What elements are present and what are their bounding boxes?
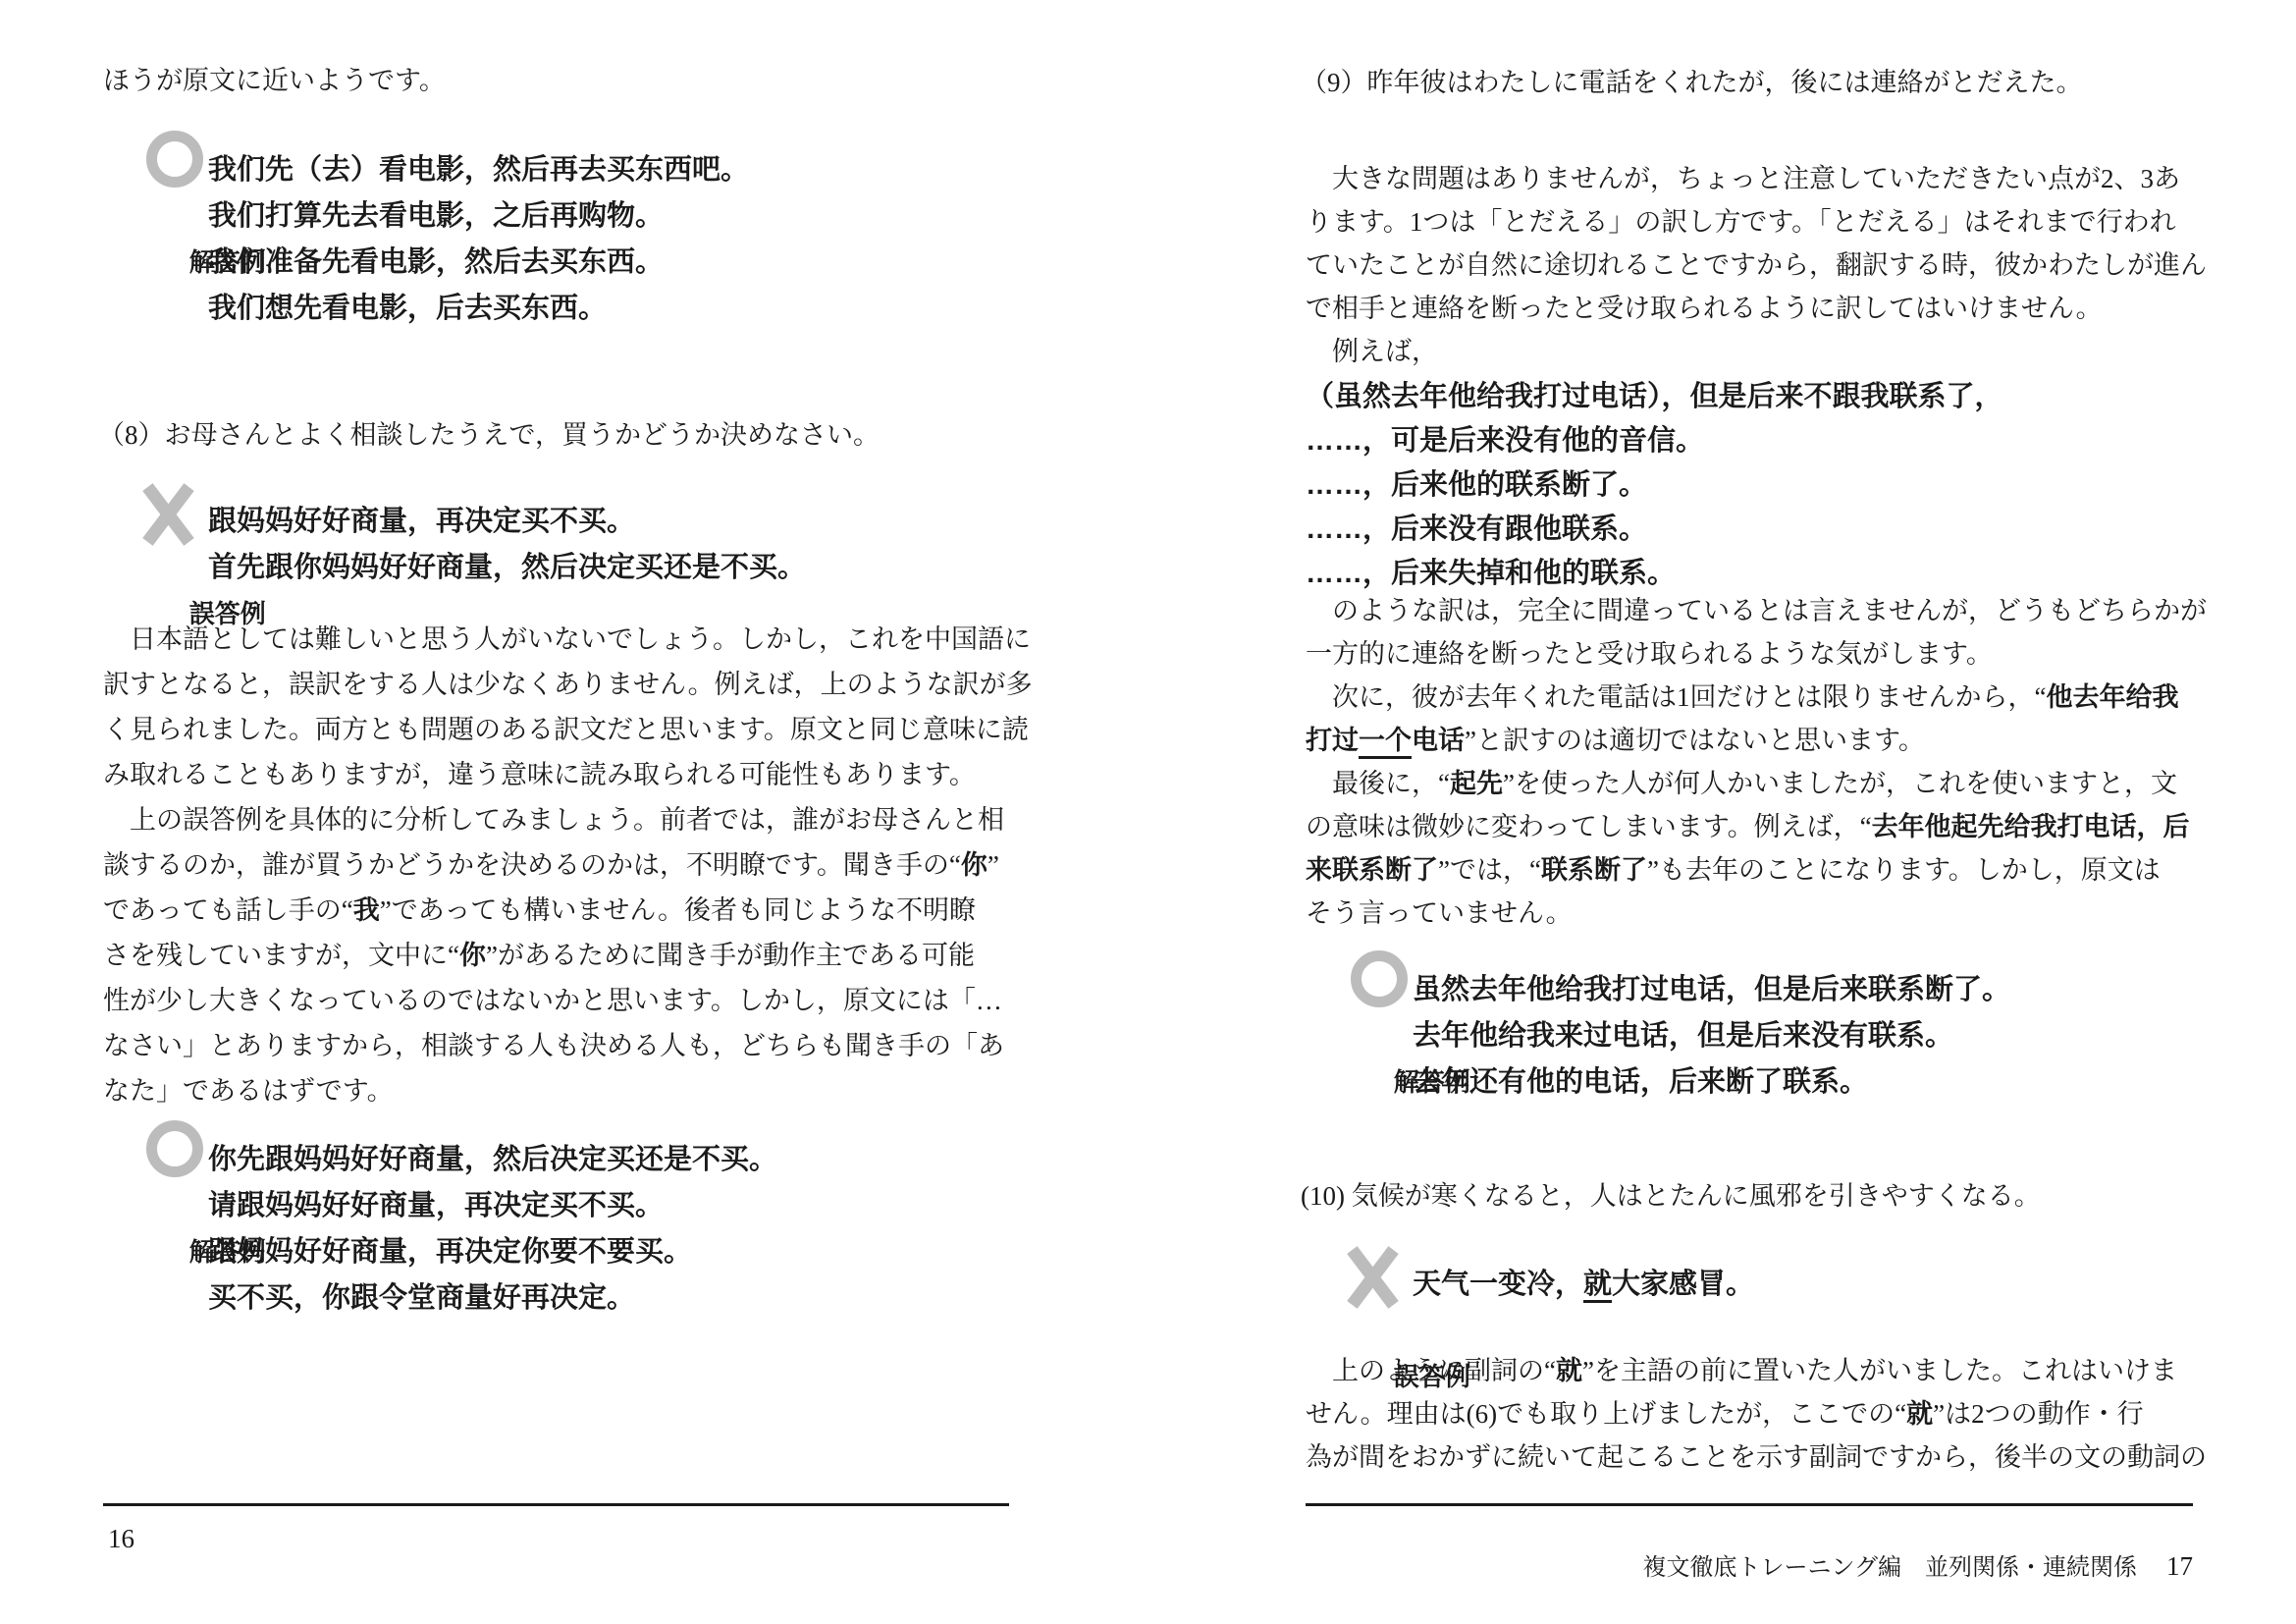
example-line: 我们先（去）看电影，然后再去买东西吧。 [208, 147, 749, 193]
right-page-number: 17 [2166, 1551, 2193, 1581]
body-line: なた」であるはずです。 [103, 1068, 1033, 1113]
body-line: ていたことが自然に途切れることですから，翻訳する時，彼かわたしが進ん [1306, 244, 2207, 287]
left-footer-rule [103, 1503, 1009, 1506]
body-line: 次に，彼が去年くれた電話は1回だけとは限りませんから，“他去年给我 [1306, 676, 2207, 719]
body-line: なさい」とありますから，相談する人も決める人も，どちらも聞き手の「あ [103, 1023, 1033, 1068]
right-paragraph-9a: 大きな問題はありませんが，ちょっと注意していただきたい点が2、3あ ります。1つ… [1306, 157, 2207, 373]
answer-example-label: 解答例 [133, 1137, 208, 1322]
cross-mark-icon [140, 483, 195, 546]
problem-8-line: （8）お母さんとよく相談したうえで，買うかどうか決めなさい。 [98, 415, 880, 455]
body-line: 上の誤答例を具体的に分析してみましょう。前者では，誰がお母さんと相 [103, 797, 1033, 842]
body-line: ります。1つは「とだえる」の訳し方です。「とだえる」はそれまで行われ [1306, 200, 2207, 244]
body-line: 談するのか，誰が買うかどうかを決めるのかは，不明瞭です。聞き手の“你” [103, 842, 1033, 888]
example-line: 我们准备先看电影，然后去买东西。 [208, 240, 749, 286]
example-line: 我们打算先去看电影，之后再购物。 [208, 193, 749, 240]
body-line: 大きな問題はありませんが，ちょっと注意していただきたい点が2、3あ [1306, 157, 2207, 200]
left-analysis-paragraph: 日本語としては難しいと思う人がいないでしょう。しかし，これを中国語に 訳すとなる… [103, 617, 1033, 1113]
translation-option-line: （虽然去年他给我打过电话），但是后来不跟我联系了， [1306, 375, 2003, 419]
example-line: 请跟妈妈好好商量，再决定买不买。 [208, 1183, 777, 1229]
book-spread: ほうが原文に近いようです。 解答例 我们先（去）看电影，然后再去买东西吧。 我们… [0, 0, 2296, 1624]
translation-option-line: ……，后来没有跟他联系。 [1306, 508, 2003, 552]
body-line: く見られました。両方とも問題のある訳文だと思います。原文と同じ意味に読 [103, 707, 1033, 752]
body-line: 打过一个电话”と訳すのは適切ではないと思います。 [1306, 719, 2207, 762]
body-line: み取れることもありますが，違う意味に読み取られる可能性もあります。 [103, 752, 1033, 797]
body-line: のような訳は，完全に間違っているとは言えませんが，どうもどちらかが [1306, 589, 2207, 632]
body-line: 訳すとなると，誤訳をする人は少なくありません。例えば，上のような訳が多 [103, 662, 1033, 707]
footer-title: 複文徹底トレーニング編 並列関係・連続関係 [1642, 1555, 2137, 1581]
problem-9-line: （9）昨年彼はわたしに電話をくれたが，後には連絡がとだえた。 [1301, 63, 2083, 102]
example-line: 我们想先看电影，后去买东西。 [208, 286, 749, 332]
body-line: 最後に，“起先”を使った人が何人かいましたが，これを使いますと，文 [1306, 762, 2207, 805]
example-line: 买不买，你跟令堂商量好再决定。 [208, 1275, 777, 1322]
right-footer: 複文徹底トレーニング編 並列関係・連続関係17 [1306, 1522, 2193, 1612]
answer-example-label: 解答例 [133, 147, 208, 332]
correct-mark-icon [146, 131, 203, 188]
example-line: 跟妈妈好好商量，再决定你要不要买。 [208, 1229, 777, 1275]
example-line: 去年还有他的电话，后来断了联系。 [1413, 1059, 2010, 1106]
right-paragraph-9b: のような訳は，完全に間違っているとは言えませんが，どうもどちらかが 一方的に連絡… [1306, 589, 2207, 935]
example-line: 虽然去年他给我打过电话，但是后来联系断了。 [1413, 967, 2010, 1013]
left-page-number: 16 [108, 1524, 134, 1553]
answer-example-block-2: 解答例 你先跟妈妈好好商量，然后决定买还是不买。 请跟妈妈好好商量，再决定买不买… [133, 1137, 777, 1322]
body-line: で相手と連絡を断ったと受け取られるように訳してはいけません。 [1306, 287, 2207, 330]
example-line: 去年他给我来过电话，但是后来没有联系。 [1413, 1013, 2010, 1059]
problem-10-line: (10) 気候が寒くなると，人はとたんに風邪を引きやすくなる。 [1301, 1176, 2041, 1216]
body-line: さを残していますが，文中に“你”があるために聞き手が動作主である可能 [103, 933, 1033, 978]
body-line: 来联系断了”では，“联系断了”も去年のことになります。しかし，原文は [1306, 848, 2207, 892]
body-line: の意味は微妙に変わってしまいます。例えば，“去年他起先给我打电话，后 [1306, 805, 2207, 848]
right-page: （9）昨年彼はわたしに電話をくれたが，後には連絡がとだえた。 大きな問題はありま… [1080, 0, 2296, 1624]
right-footer-rule [1306, 1503, 2193, 1506]
example-line: 跟妈妈好好商量，再决定买不买。 [208, 499, 806, 545]
correct-mark-icon [1351, 950, 1408, 1007]
left-page: ほうが原文に近いようです。 解答例 我们先（去）看电影，然后再去买东西吧。 我们… [0, 0, 1080, 1624]
example-line: 首先跟你妈妈好好商量，然后决定买还是不买。 [208, 545, 806, 591]
correct-mark-icon [146, 1120, 203, 1177]
left-intro-line: ほうが原文に近いようです。 [103, 61, 446, 100]
body-line: 為が間をおかずに続いて起こることを示す副詞ですから，後半の文の動詞の [1306, 1435, 2207, 1479]
body-line: そう言っていません。 [1306, 892, 2207, 935]
example-line: 你先跟妈妈好好商量，然后决定买还是不买。 [208, 1137, 777, 1183]
answer-example-block-9: 解答例 虽然去年他给我打过电话，但是后来联系断了。 去年他给我来过电话，但是后来… [1337, 967, 2010, 1152]
translation-option-line: ……，可是后来没有他的音信。 [1306, 419, 2003, 463]
translation-option-line: ……，后来他的联系断了。 [1306, 463, 2003, 508]
answer-example-block-1: 解答例 我们先（去）看电影，然后再去买东西吧。 我们打算先去看电影，之后再购物。… [133, 147, 749, 332]
body-line: 性が少し大きくなっているのではないかと思います。しかし，原文には「… [103, 978, 1033, 1023]
body-line: せん。理由は(6)でも取り上げましたが，ここでの“就”は2つの動作・行 [1306, 1392, 2207, 1435]
cross-mark-icon [1345, 1246, 1400, 1309]
example-line: 天气一变冷，就大家感冒。 [1413, 1262, 1754, 1308]
body-line: 例えば， [1306, 330, 2207, 373]
body-line: であっても話し手の“我”であっても構いません。後者も同じような不明瞭 [103, 888, 1033, 933]
translation-options-block: （虽然去年他给我打过电话），但是后来不跟我联系了， ……，可是后来没有他的音信。… [1306, 375, 2003, 596]
body-line: 一方的に連絡を断ったと受け取られるような気がします。 [1306, 632, 2207, 676]
answer-example-label: 解答例 [1337, 967, 1413, 1152]
